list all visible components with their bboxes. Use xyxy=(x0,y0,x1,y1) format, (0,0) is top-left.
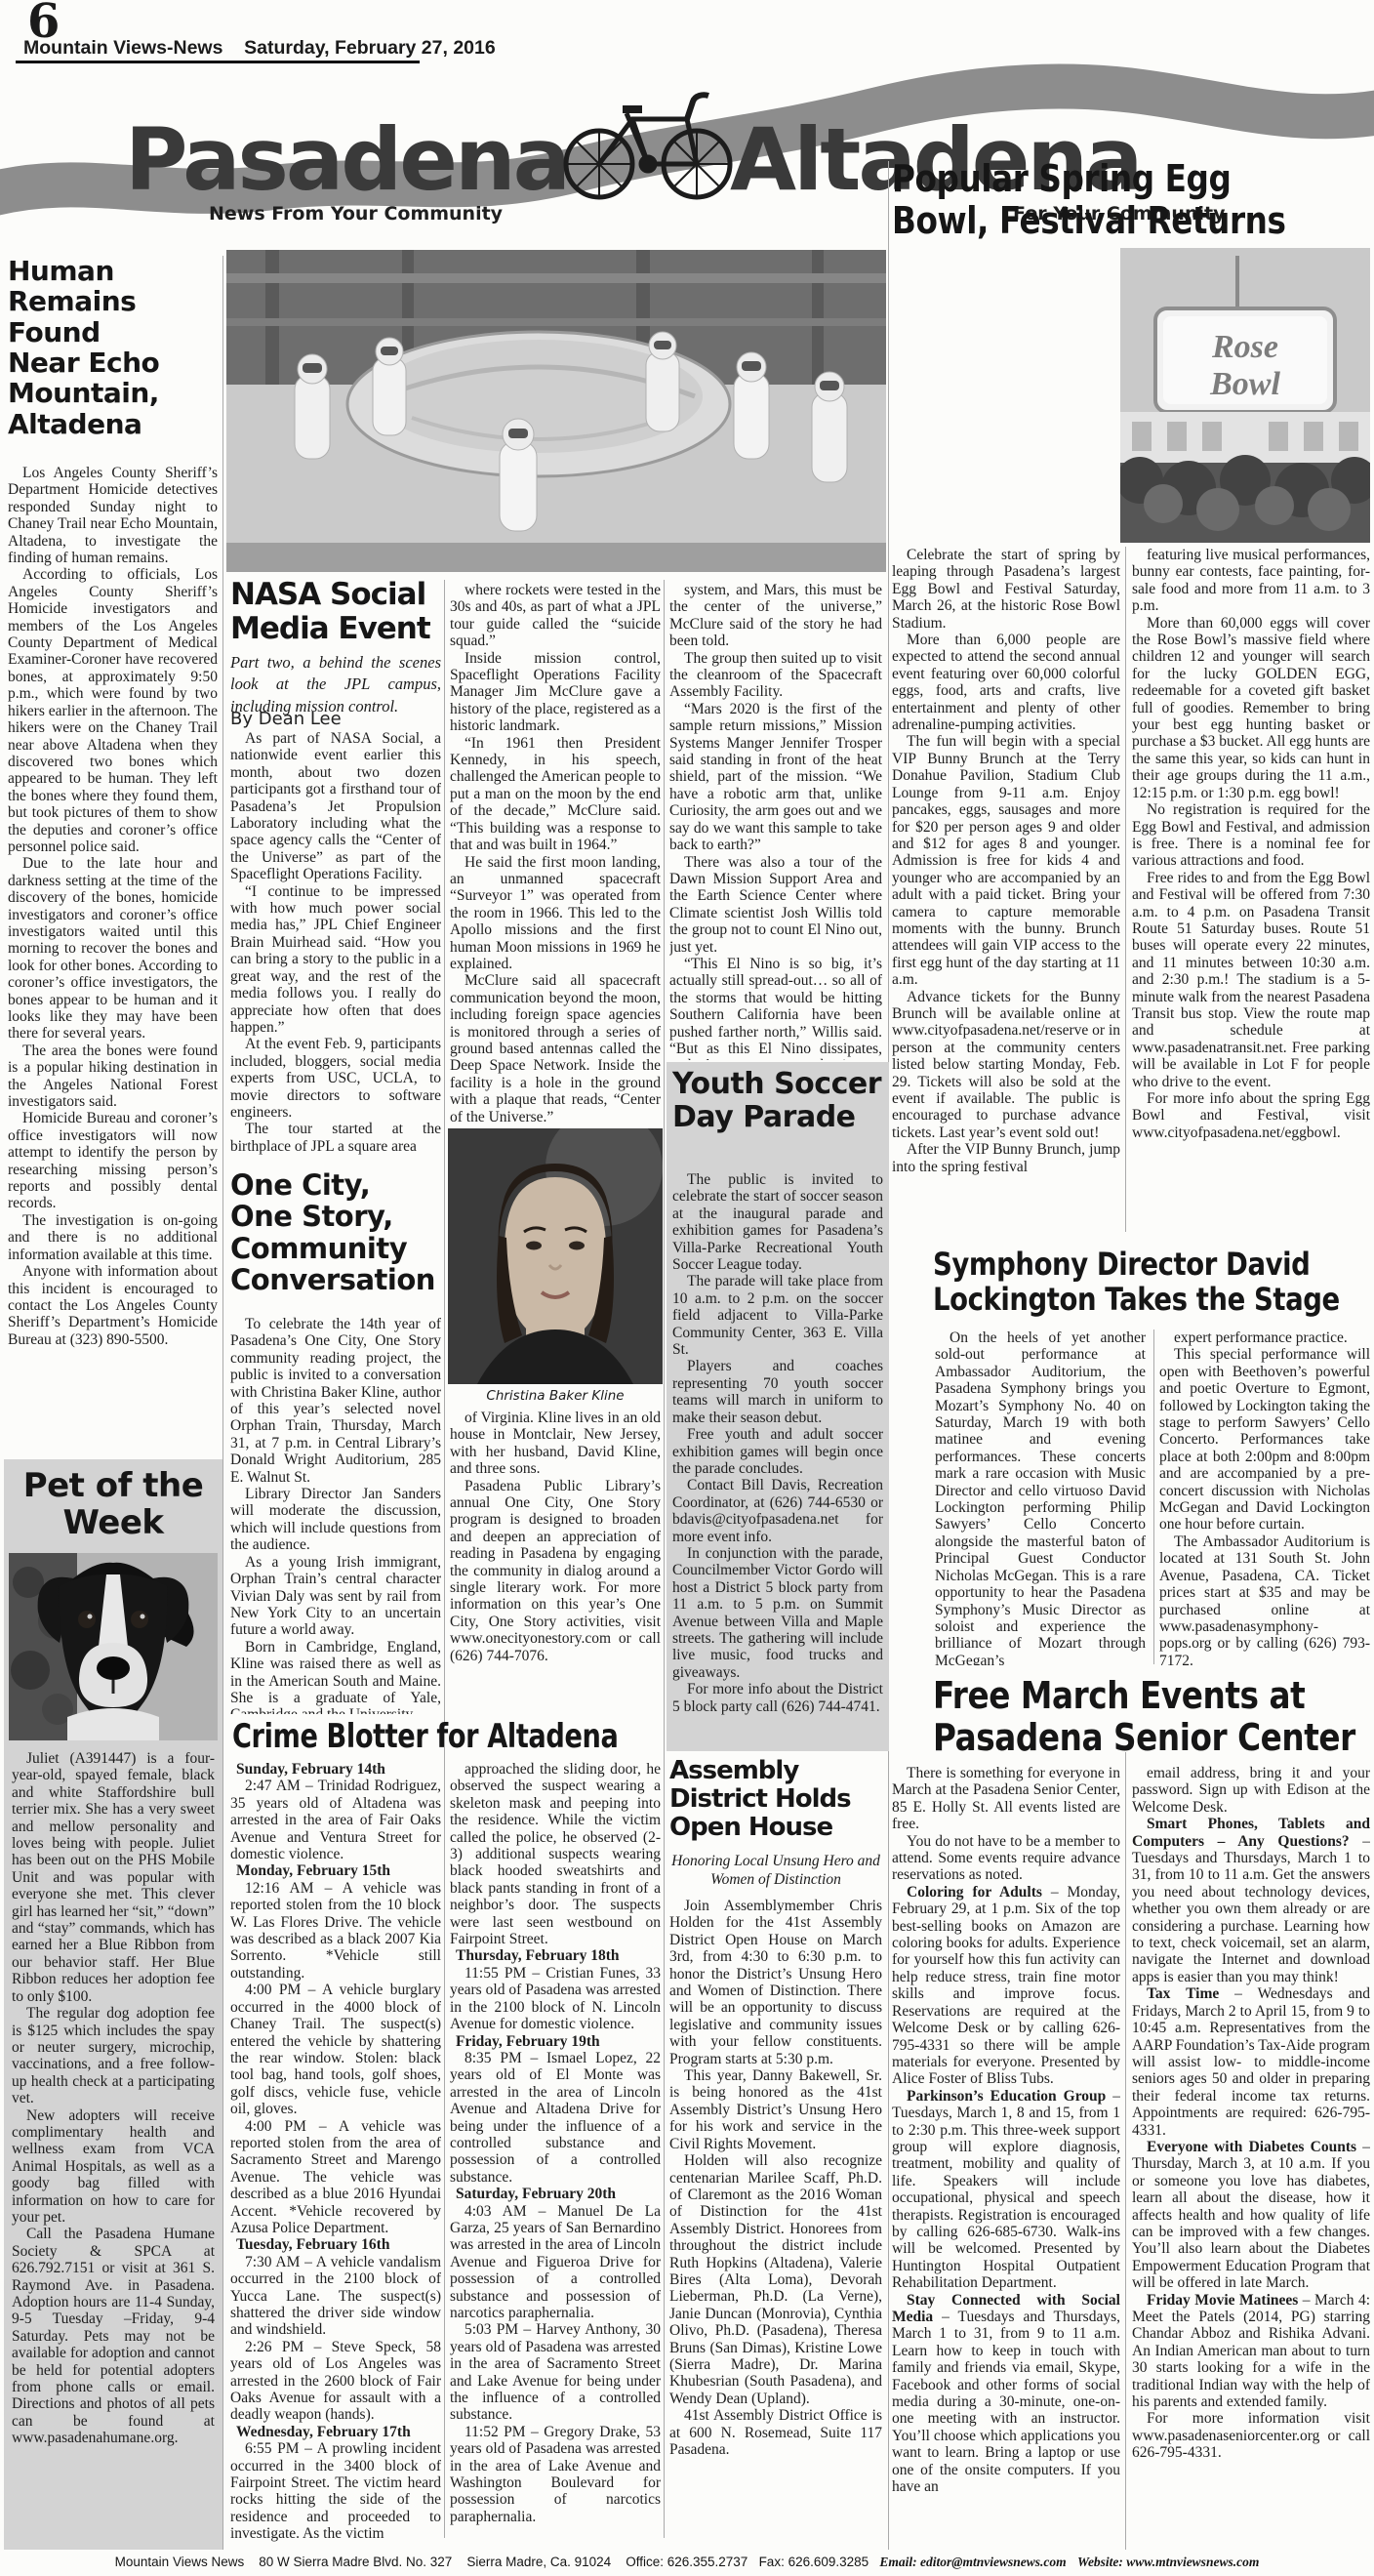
footer-name: Mountain Views News xyxy=(115,2555,245,2569)
senior-center-column-1: There is something for everyone in March… xyxy=(892,1765,1120,2548)
paragraph: 41st Assembly District Office is at 600 … xyxy=(669,2407,882,2458)
paragraph: Stay Connected with Social Media – Tuesd… xyxy=(892,2292,1120,2496)
paragraph: Players and coaches representing 70 yout… xyxy=(672,1358,883,1426)
paragraph: Holden will also recognize centenarian M… xyxy=(669,2152,882,2407)
paragraph: Pasadena Senior Center xyxy=(933,1717,1355,1759)
paragraph: Pasadena Public Library’s annual One Cit… xyxy=(450,1478,661,1664)
paragraph: Saturday, February 20th xyxy=(450,2186,661,2202)
paragraph: Juliet (A391447) is a four-year-old, spa… xyxy=(12,1750,215,2005)
paragraph: Los Angeles County Sheriff’s Department … xyxy=(8,465,218,566)
paragraph: Open House xyxy=(669,1814,888,1842)
symphony-column-1: On the heels of yet another sold-out per… xyxy=(935,1329,1146,1665)
paragraph: Near Echo xyxy=(8,348,213,378)
paragraph: Smart Phones, Tablets and Computers – An… xyxy=(1132,1816,1370,1985)
nasa-column-2: where rockets were tested in the 30s and… xyxy=(450,582,661,1124)
paragraph: Crime Blotter for Altadena xyxy=(232,1718,618,1755)
paragraph: Inside mission control, Spaceflight Oper… xyxy=(450,650,661,735)
column-rule xyxy=(664,580,665,2538)
paragraph: The investigation is on-going and there … xyxy=(8,1212,218,1263)
paragraph: Sunday, February 14th xyxy=(230,1761,441,1778)
column-rule xyxy=(444,580,445,2538)
paragraph: email address, bring it and your passwor… xyxy=(1132,1765,1370,1816)
paragraph: Altadena xyxy=(8,409,213,439)
symphony-column-2: expert performance practice.This special… xyxy=(1159,1329,1370,1665)
paragraph: Thursday, February 18th xyxy=(450,1947,661,1964)
paragraph: Advance tickets for the Bunny Brunch wil… xyxy=(892,989,1120,1142)
headline-nasa: NASA SocialMedia Event xyxy=(230,578,445,645)
paragraph: Friday Movie Matinees – March 4: Meet th… xyxy=(1132,2292,1370,2411)
paragraph: To celebrate the 14th year of Pasadena’s… xyxy=(230,1316,441,1486)
svg-text:Bowl: Bowl xyxy=(1209,366,1280,402)
paragraph: “This El Nino is so big, it’s actually s… xyxy=(669,956,882,1060)
paragraph: Join Assemblymember Chris Holden for the… xyxy=(669,1898,882,2067)
paragraph: Community xyxy=(230,1233,445,1264)
paragraph: There is something for everyone in March… xyxy=(892,1765,1120,1833)
paragraph: More than 6,000 people are expected to a… xyxy=(892,632,1120,733)
paragraph: Tuesday, February 16th xyxy=(230,2236,441,2253)
paragraph: Wednesday, February 17th xyxy=(230,2424,441,2440)
newspaper-page: { "page": { "number": "6", "masthead": "… xyxy=(0,0,1374,2576)
paragraph: Tax Time – Wednesdays and Fridays, March… xyxy=(1132,1985,1370,2139)
bicycle-icon xyxy=(558,59,736,205)
paragraph: 11:55 PM – Cristian Funes, 33 years old … xyxy=(450,1965,661,2033)
footer: Mountain Views News 80 W Sierra Madre Bl… xyxy=(0,2555,1374,2570)
paragraph: Human xyxy=(8,256,213,286)
paragraph: Remains xyxy=(8,286,213,316)
paragraph: featuring live musical performances, bun… xyxy=(1132,547,1370,615)
paragraph: Assembly xyxy=(669,1757,888,1785)
paragraph: The tour started at the birthplace of JP… xyxy=(230,1121,441,1155)
paragraph: 11:52 PM – Gregory Drake, 53 years old o… xyxy=(450,2424,661,2525)
paragraph: On the heels of yet another sold-out per… xyxy=(935,1329,1146,1665)
paragraph: For more information visit www.pasadenas… xyxy=(1132,2410,1370,2461)
youth-soccer-body: The public is invited to celebrate the s… xyxy=(672,1171,883,1745)
paragraph: After the VIP Bunny Brunch, jump into th… xyxy=(892,1141,1120,1175)
headline-assembly: AssemblyDistrict HoldsOpen House xyxy=(669,1757,888,1842)
one-city-column-1: To celebrate the 14th year of Pasadena’s… xyxy=(230,1316,441,1714)
banner-tagline-left: News From Your Community xyxy=(209,203,503,225)
assembly-body: Join Assemblymember Chris Holden for the… xyxy=(669,1898,882,2546)
paragraph: 5:03 PM – Harvey Anthony, 30 years old o… xyxy=(450,2321,661,2423)
paragraph: of Virginia. Kline lives in an old house… xyxy=(450,1410,661,1478)
paragraph: Day Parade xyxy=(672,1101,889,1134)
paragraph: For more info about the spring Egg Bowl … xyxy=(1132,1090,1370,1141)
paragraph: New adopters will receive complimentary … xyxy=(12,2107,215,2227)
paragraph: approached the sliding door, he observed… xyxy=(450,1761,661,1947)
paragraph: Free rides to and from the Egg Bowl and … xyxy=(1132,870,1370,1090)
paragraph: Parkinson’s Education Group – Tuesdays, … xyxy=(892,2088,1120,2292)
paragraph: The parade will take place from 10 a.m. … xyxy=(672,1273,883,1358)
paragraph: No registration is required for the Egg … xyxy=(1132,801,1370,870)
paragraph: The group then suited up to visit the cl… xyxy=(669,650,882,701)
paragraph: This year, Danny Bakewell, Sr. is being … xyxy=(669,2067,882,2152)
paragraph: At the event Feb. 9, participants includ… xyxy=(230,1036,441,1121)
paragraph: Pet of the xyxy=(4,1467,222,1504)
paragraph: 8:35 PM – Ismael Lopez, 22 years old of … xyxy=(450,2050,661,2186)
dog-photo xyxy=(9,1553,218,1740)
paragraph: Mountain, xyxy=(8,378,213,408)
paragraph: As a young Irish immigrant, Orphan Train… xyxy=(230,1554,441,1639)
paragraph: 12:16 AM – A vehicle was reported stolen… xyxy=(230,1880,441,1982)
paragraph: The fun will begin with a special VIP Bu… xyxy=(892,733,1120,988)
paragraph: Youth Soccer xyxy=(672,1068,889,1101)
nasa-cleanroom-photo xyxy=(226,250,886,572)
banner-title-left: Pasadena xyxy=(125,109,568,210)
paragraph: Media Event xyxy=(230,612,445,646)
paragraph: One City, xyxy=(230,1169,445,1201)
paragraph: NASA Social xyxy=(230,578,445,612)
headline-pet-of-week: Pet of theWeek xyxy=(4,1467,222,1541)
paragraph: Anyone with information about this incid… xyxy=(8,1263,218,1348)
footer-address: 80 W Sierra Madre Blvd. No. 327 xyxy=(259,2555,452,2569)
paragraph: Week xyxy=(4,1504,222,1541)
crime-blotter-column-1: Sunday, February 14th2:47 AM – Trinidad … xyxy=(230,1761,441,2548)
svg-text:Rose: Rose xyxy=(1211,329,1278,365)
nasa-column-1: As part of NASA Social, a nationwide eve… xyxy=(230,730,441,1171)
pet-of-week-box: Pet of theWeek Juliet (A391447) is a fou… xyxy=(4,1459,222,2550)
photo-caption: Christina Baker Kline xyxy=(448,1388,663,1404)
paragraph: 2:47 AM – Trinidad Rodriguez, 35 years o… xyxy=(230,1778,441,1862)
crime-blotter-column-2: approached the sliding door, he observed… xyxy=(450,1761,661,2548)
paragraph: Homicide Bureau and coroner’s office inv… xyxy=(8,1110,218,1211)
paragraph: Conversation xyxy=(230,1264,445,1295)
paragraph: According to officials, Los Angeles Coun… xyxy=(8,566,218,855)
paragraph: Found xyxy=(8,317,213,348)
nasa-column-3: system, and Mars, this must be the cente… xyxy=(669,582,882,1060)
paragraph: “I continue to be impressed with how muc… xyxy=(230,883,441,1037)
column-rule xyxy=(1125,547,1126,1232)
paragraph: As part of NASA Social, a nationwide eve… xyxy=(230,730,441,883)
paragraph: Celebrate the start of spring by leaping… xyxy=(892,547,1120,632)
egg-bowl-column-2: featuring live musical performances, bun… xyxy=(1132,547,1370,1232)
paragraph: The regular dog adoption fee is $125 whi… xyxy=(12,2005,215,2106)
paragraph: Everyone with Diabetes Counts – Thursday… xyxy=(1132,2139,1370,2292)
paragraph: expert performance practice. xyxy=(1159,1329,1370,1346)
paragraph: 4:00 PM – A vehicle burglary occurred in… xyxy=(230,1982,441,2117)
footer-office: Office: 626.355.2737 xyxy=(626,2555,748,2569)
paragraph: He said the first moon landing, an unman… xyxy=(450,854,661,973)
nasa-intro: Part two, a behind the scenes look at th… xyxy=(230,652,441,717)
headline-crime-blotter: Crime Blotter for Altadena xyxy=(232,1718,618,1755)
paragraph: 4:03 AM – Manuel De La Garza, 25 years o… xyxy=(450,2203,661,2322)
paragraph: Born in Cambridge, England, Kline was ra… xyxy=(230,1639,441,1714)
christina-baker-kline-photo xyxy=(448,1128,663,1384)
article-pet-of-week-body: Juliet (A391447) is a four-year-old, spa… xyxy=(12,1750,215,2541)
paragraph: Due to the late hour and darkness settin… xyxy=(8,855,218,1042)
column-rule xyxy=(1125,1752,1126,2550)
headline-one-city: One City,One Story,CommunityConversation xyxy=(230,1169,445,1296)
assembly-intro: Honoring Local Unsung Hero and Women of … xyxy=(669,1853,882,1889)
footer-fax: Fax: 626.609.3285 xyxy=(759,2555,869,2569)
headline-youth-soccer: Youth SoccerDay Parade xyxy=(672,1068,889,1133)
paragraph: Friday, February 19th xyxy=(450,2033,661,2050)
paragraph: The Ambassador Auditorium is located at … xyxy=(1159,1533,1370,1665)
paragraph: “In 1961 then President Kennedy, in his … xyxy=(450,735,661,854)
paragraph: This special performance will open with … xyxy=(1159,1346,1370,1533)
paragraph: system, and Mars, this must be the cente… xyxy=(669,582,882,650)
column-rule xyxy=(222,256,223,2550)
footer-website: Website: www.mtnviewsnews.com xyxy=(1077,2555,1259,2569)
headline-human-remains: HumanRemainsFoundNear EchoMountain,Altad… xyxy=(8,256,213,439)
paragraph: For more info about the District 5 block… xyxy=(672,1681,883,1715)
paragraph: Free youth and adult soccer exhibition g… xyxy=(672,1426,883,1477)
headline-senior-center: Free March Events atPasadena Senior Cent… xyxy=(933,1675,1355,1758)
paragraph: Popular Spring Egg xyxy=(892,158,1286,200)
paragraph: Library Director Jan Sanders will modera… xyxy=(230,1486,441,1554)
footer-email: Email: editor@mtnviewsnews.com xyxy=(879,2555,1066,2569)
footer-city: Sierra Madre, Ca. 91024 xyxy=(466,2555,611,2569)
paragraph: Bowl, Festival Returns xyxy=(892,200,1286,242)
one-city-column-2: of Virginia. Kline lives in an old house… xyxy=(450,1410,661,1716)
column-rule xyxy=(1153,1329,1154,1664)
paragraph: The area the bones were found is a popul… xyxy=(8,1043,218,1111)
paragraph: More than 60,000 eggs will cover the Ros… xyxy=(1132,615,1370,801)
paragraph: District Holds xyxy=(669,1785,888,1814)
paragraph: Coloring for Adults – Monday, February 2… xyxy=(892,1884,1120,2088)
paragraph: You do not have to be a member to attend… xyxy=(892,1833,1120,1884)
paragraph: There was also a tour of the Dawn Missio… xyxy=(669,854,882,956)
article-human-remains-body: Los Angeles County Sheriff’s Department … xyxy=(8,465,218,1456)
paragraph: 7:30 AM – A vehicle vandalism occurred i… xyxy=(230,2254,441,2339)
paragraph: McClure said all spacecraft communicatio… xyxy=(450,972,661,1124)
paragraph: Contact Bill Davis, Recreation Coordinat… xyxy=(672,1477,883,1545)
paragraph: 2:26 PM – Steve Speck, 58 years old of L… xyxy=(230,2339,441,2424)
paragraph: where rockets were tested in the 30s and… xyxy=(450,582,661,650)
paragraph: Call the Pasadena Humane Society & SPCA … xyxy=(12,2226,215,2446)
paragraph: Monday, February 15th xyxy=(230,1862,441,1879)
paragraph: 6:55 PM – A prowling incident occurred i… xyxy=(230,2440,441,2542)
paragraph: 4:00 PM – A vehicle was reported stolen … xyxy=(230,2118,441,2237)
paragraph: One Story, xyxy=(230,1201,445,1232)
youth-soccer-box: Youth SoccerDay Parade The public is inv… xyxy=(667,1062,889,1751)
nasa-byline: By Dean Lee xyxy=(230,709,342,729)
headline-egg-bowl: Popular Spring EggBowl, Festival Returns xyxy=(892,158,1286,241)
headline-symphony: Symphony Director DavidLockington Takes … xyxy=(933,1247,1340,1318)
paragraph: Free March Events at xyxy=(933,1675,1355,1717)
senior-center-column-2: email address, bring it and your passwor… xyxy=(1132,1765,1370,2548)
paragraph: In conjunction with the parade, Councilm… xyxy=(672,1545,883,1681)
egg-bowl-column-1: Celebrate the start of spring by leaping… xyxy=(892,547,1120,1232)
paragraph: Symphony Director David xyxy=(933,1247,1340,1283)
paragraph: “Mars 2020 is the first of the sample re… xyxy=(669,701,882,854)
paragraph: The public is invited to celebrate the s… xyxy=(672,1171,883,1273)
paragraph: Lockington Takes the Stage xyxy=(933,1283,1340,1318)
rose-bowl-photo: Rose Bowl xyxy=(1120,248,1370,543)
